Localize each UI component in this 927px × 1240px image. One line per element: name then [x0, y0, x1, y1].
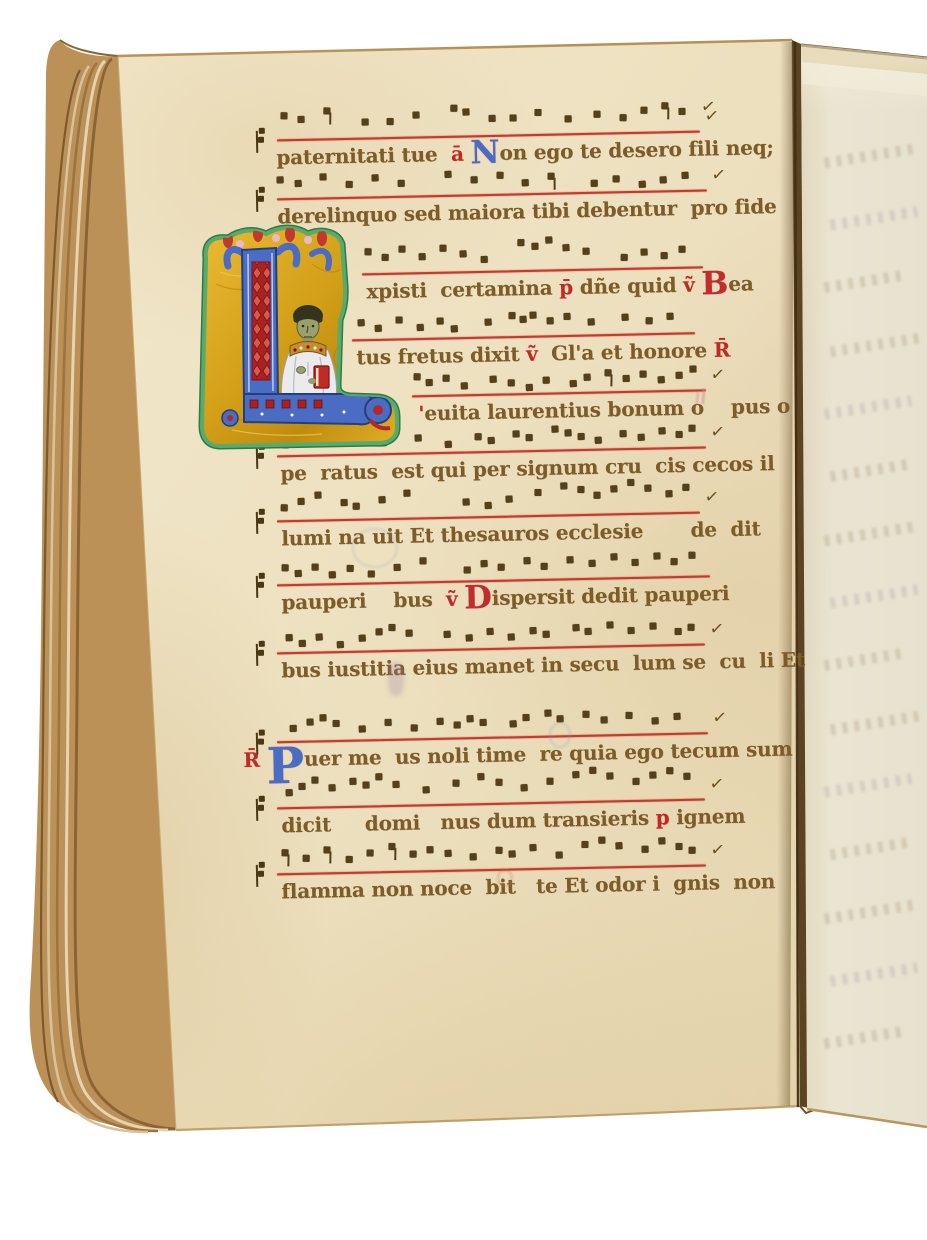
text-segment: ispersit dedit pauperi	[492, 581, 730, 610]
neume-square	[315, 491, 322, 498]
neume-square	[661, 252, 668, 259]
neume-square	[598, 837, 605, 844]
neume-square	[666, 767, 673, 774]
neume-square	[443, 375, 450, 382]
custos-check: ✓	[708, 773, 725, 795]
neume-square	[545, 236, 552, 243]
neume-square	[277, 176, 284, 183]
neume-square	[498, 564, 505, 571]
neume-square	[562, 244, 569, 251]
neume-square	[285, 634, 292, 641]
neume-square	[496, 847, 503, 854]
neume-square	[572, 624, 579, 631]
neume-square	[679, 108, 686, 115]
neume-square	[546, 778, 553, 785]
clef-mark	[253, 862, 270, 888]
text-segment: on ego te desero fili neq;	[499, 135, 774, 165]
neume-square	[450, 105, 457, 112]
rubric-segment: ā	[451, 141, 471, 165]
neume-square	[405, 630, 412, 637]
neume-square	[414, 434, 421, 441]
neume-square	[505, 495, 512, 502]
neume-square	[610, 553, 617, 560]
neume-square	[688, 552, 695, 559]
text-segment: euita laurentius bonum o pus o	[424, 394, 790, 426]
chant-system-12: ✓flamma non noce bit te Et odor i gnis n…	[251, 864, 747, 910]
neume-square	[564, 429, 571, 436]
neume-square	[410, 851, 417, 858]
neume-square	[525, 384, 532, 391]
neume-square	[529, 312, 536, 319]
neume-square	[346, 565, 353, 572]
neume-square	[557, 715, 564, 722]
neume-square	[509, 312, 516, 319]
neume-square	[518, 239, 525, 246]
neume-square	[425, 379, 432, 386]
neume-square	[385, 719, 392, 726]
neume-square	[378, 496, 385, 503]
custos-check: ✓	[709, 421, 726, 443]
neume-square	[526, 434, 533, 441]
neume-square	[678, 246, 685, 253]
neume-square	[333, 720, 340, 727]
chant-text-line: flamma non noce bit te Et odor i gnis no…	[281, 869, 775, 903]
neume-square	[653, 552, 660, 559]
neume-square	[368, 570, 375, 577]
neume-square	[320, 173, 327, 180]
neume-square	[329, 571, 336, 578]
neume-square	[622, 375, 629, 382]
neume-square	[535, 489, 542, 496]
rubric-segment: R̄	[243, 748, 267, 772]
neume-square	[675, 628, 682, 635]
neume-square	[281, 564, 288, 571]
neume-square	[628, 479, 635, 486]
neume-square	[412, 111, 419, 118]
neume-square	[522, 179, 529, 186]
neume-square	[480, 560, 487, 567]
neume-square	[604, 369, 611, 376]
neume-square	[622, 314, 629, 321]
neume-square	[646, 317, 653, 324]
neume-square	[640, 107, 647, 114]
neume-square	[470, 853, 477, 860]
neume-square	[673, 713, 680, 720]
neume-square	[589, 560, 596, 567]
neume-square	[551, 425, 558, 432]
neume-square	[294, 570, 301, 577]
neume-square	[509, 114, 516, 121]
custos-check: ✓	[710, 364, 727, 386]
neume-square	[583, 711, 590, 718]
neume-square	[564, 115, 571, 122]
neume-square	[689, 425, 696, 432]
neume-square	[439, 245, 446, 252]
neume-square	[508, 633, 515, 640]
neume-square	[337, 641, 344, 648]
neume-square	[659, 176, 666, 183]
neume-square	[413, 373, 420, 380]
chant-system-8: pauperi bus ṽ Dispersit dedit pauperi	[251, 575, 751, 621]
neume-square	[683, 773, 690, 780]
neume-square	[649, 771, 656, 778]
neume-square	[594, 111, 601, 118]
neume-square	[611, 485, 618, 492]
neume-square	[298, 116, 305, 123]
rubric-segment: p̄	[559, 275, 580, 299]
text-segment: pauperi bus	[281, 587, 446, 614]
neume-square	[564, 313, 571, 320]
chant-system-9: ✓bus iustitia eius manet in secu lum se …	[251, 643, 746, 689]
neume-square	[513, 430, 520, 437]
neume-square	[495, 779, 502, 786]
neume-square	[615, 842, 622, 849]
text-segment: paternitati tue	[276, 142, 451, 170]
neume-square	[452, 780, 459, 787]
neume-square	[556, 851, 563, 858]
neume-square	[645, 485, 652, 492]
text-segment: lumi na uit Et thesauros ecclesie de dit	[281, 516, 761, 550]
neume-square	[548, 173, 555, 180]
neume-square	[600, 716, 607, 723]
neume-square	[340, 499, 347, 506]
text-segment: ea	[728, 271, 754, 296]
chant-system-7: ✓lumi na uit Et thesauros ecclesie de di…	[251, 511, 741, 557]
neume-square	[524, 557, 531, 564]
neume-square	[541, 563, 548, 570]
neume-square	[298, 783, 305, 790]
neume-square	[588, 318, 595, 325]
neume-square	[661, 102, 668, 109]
chant-text-line: xpisti certamina p̄ dñe quid ṽ Bea	[366, 271, 754, 303]
neume-square	[594, 492, 601, 499]
neume-square	[486, 628, 493, 635]
neume-square	[461, 382, 468, 389]
chant-text-line: dicit domi nus dum transieris p ignem	[281, 804, 745, 838]
rubric-segment: ṽ	[683, 272, 702, 296]
neume-square	[463, 566, 470, 573]
neume-square	[690, 365, 697, 372]
text-segment: Gl'a et honore	[551, 338, 714, 365]
neume-square	[375, 628, 382, 635]
neume-square	[281, 849, 288, 856]
neume-square	[479, 719, 486, 726]
neume-square	[387, 118, 394, 125]
rubric-segment: ṽ	[526, 341, 551, 366]
neume-square	[626, 712, 633, 719]
neume-square	[591, 180, 598, 187]
neume-square	[323, 107, 330, 114]
neume-square	[676, 843, 683, 850]
neume-square	[485, 318, 492, 325]
neume-square	[632, 559, 639, 566]
neume-square	[281, 112, 288, 119]
neume-square	[420, 557, 427, 564]
neume-square	[585, 628, 592, 635]
neume-square	[298, 640, 305, 647]
chant-text-line: pauperi bus ṽ Dispersit dedit pauperi	[281, 581, 729, 614]
neume-square	[290, 725, 297, 732]
neume-square	[589, 767, 596, 774]
neume-square	[346, 181, 353, 188]
clef-mark	[253, 128, 270, 154]
neume-square	[367, 849, 374, 856]
neume-square	[542, 631, 549, 638]
neume-square	[632, 778, 639, 785]
chant-text-line: pe ratus est qui per signum cru cis ceco…	[280, 451, 775, 485]
neume-square	[484, 502, 491, 509]
neume-square	[628, 627, 635, 634]
neume-square	[658, 837, 665, 844]
neume-square	[303, 855, 310, 862]
neume-square	[315, 633, 322, 640]
rubric-segment: p	[655, 805, 676, 829]
neume-square	[546, 317, 553, 324]
neume-square	[529, 627, 536, 634]
chant-text-line: paternitati tue ā Non ego te desero fili…	[276, 135, 774, 169]
neume-square	[519, 316, 526, 323]
neume-square	[328, 784, 335, 791]
neume-square	[594, 437, 601, 444]
neume-square	[388, 624, 395, 631]
neume-square	[666, 490, 673, 497]
initial-capital: B	[701, 264, 729, 303]
neume-square	[637, 434, 644, 441]
neume-square	[490, 376, 497, 383]
neume-square	[359, 725, 366, 732]
neume-square	[298, 498, 305, 505]
neume-square	[640, 371, 647, 378]
neume-square	[411, 724, 418, 731]
neume-square	[649, 622, 656, 629]
neume-square	[353, 503, 360, 510]
neume-square	[620, 430, 627, 437]
manuscript-photograph: { "meta": { "description": "Photograph o…	[0, 0, 927, 1240]
neume-square	[657, 376, 664, 383]
neume-square	[281, 504, 288, 511]
neume-square	[474, 433, 481, 440]
initial-capital: D	[464, 578, 492, 617]
neume-square	[450, 325, 457, 332]
chant-system-1: ✓paternitati tue ā Non ego te desero fil…	[251, 130, 741, 176]
neume-square	[612, 175, 619, 182]
neume-square	[510, 720, 517, 727]
rubric-segment: ṽ	[446, 587, 465, 611]
neume-square	[638, 181, 645, 188]
neume-square	[480, 256, 487, 263]
neume-square	[371, 174, 378, 181]
clef-mark	[253, 509, 270, 535]
neume-square	[581, 841, 588, 848]
neume-square	[463, 498, 470, 505]
neume-square	[478, 773, 485, 780]
neume-square	[311, 777, 318, 784]
neume-square	[543, 377, 550, 384]
neume-square	[444, 441, 451, 448]
neume-square	[577, 433, 584, 440]
neume-square	[676, 431, 683, 438]
neume-square	[535, 109, 542, 116]
custos-check: ✓	[708, 618, 725, 640]
chant-text-line: tus fretus dixit ṽ Gl'a et honore R̄	[356, 338, 730, 370]
neume-square	[658, 427, 665, 434]
chant-systems: ✓paternitati tue ā Non ego te desero fil…	[0, 0, 927, 1240]
neume-square	[567, 556, 574, 563]
neume-square	[454, 721, 461, 728]
neume-square	[427, 846, 434, 853]
neume-square	[522, 714, 529, 721]
neume-square	[463, 108, 470, 115]
neume-square	[620, 254, 627, 261]
neume-square	[346, 856, 353, 863]
neume-square	[569, 380, 576, 387]
neume-square	[531, 243, 538, 250]
neume-square	[487, 437, 494, 444]
neume-square	[285, 789, 292, 796]
neume-square	[606, 772, 613, 779]
neume-square	[560, 482, 567, 489]
neume-square	[361, 119, 368, 126]
custos-check: ✓	[703, 487, 720, 509]
neume-square	[572, 771, 579, 778]
rubric-segment: R̄	[713, 338, 730, 362]
neume-square	[388, 843, 395, 850]
neume-square	[375, 773, 382, 780]
initial-capital: N	[470, 133, 500, 172]
neume-square	[488, 115, 495, 122]
text-segment: dñe quid	[579, 273, 683, 299]
neume-square	[466, 715, 473, 722]
neume-square	[312, 564, 319, 571]
neume-square	[544, 709, 551, 716]
initial-letter-stem	[242, 248, 278, 398]
neume-square	[324, 846, 331, 853]
neume-square	[444, 631, 451, 638]
neume-square	[521, 784, 528, 791]
chant-text-line: 'euita laurentius bonum o pus o	[418, 394, 790, 426]
neume-square	[683, 484, 690, 491]
neume-square	[362, 782, 369, 789]
neume-square	[640, 248, 647, 255]
neume-square	[465, 634, 472, 641]
neume-square	[675, 372, 682, 379]
text-segment: dicit domi nus dum transieris	[281, 806, 656, 838]
neume-square	[606, 621, 613, 628]
neume-square	[392, 781, 399, 788]
neume-square	[681, 172, 688, 179]
clef-mark	[253, 573, 270, 599]
neume-square	[496, 172, 503, 179]
neume-square	[436, 718, 443, 725]
neume-square	[358, 634, 365, 641]
text-segment: uer me us noli time re quia ego tecum su…	[304, 736, 793, 770]
neume-square	[688, 624, 695, 631]
neume-square	[394, 564, 401, 571]
neume-square	[584, 374, 591, 381]
neume-square	[652, 717, 659, 724]
neume-square	[577, 486, 584, 493]
neume-square	[508, 379, 515, 386]
neume-square	[349, 778, 356, 785]
chant-text-line: lumi na uit Et thesauros ecclesie de dit	[281, 516, 761, 550]
neume-square	[641, 846, 648, 853]
neume-square	[307, 718, 314, 725]
neume-square	[530, 844, 537, 851]
neume-square	[470, 176, 477, 183]
neume-square	[419, 253, 426, 260]
neume-square	[416, 324, 423, 331]
blessing-hand	[297, 367, 306, 374]
neume-square	[619, 114, 626, 121]
clef-mark	[253, 641, 270, 667]
neume-square	[671, 558, 678, 565]
text-segment: flamma non noce bit te Et odor i gnis no…	[281, 869, 775, 903]
custos-check: ✓	[711, 707, 728, 729]
custos-check: ✓	[709, 839, 726, 861]
text-segment: ignem	[676, 804, 746, 829]
text-segment: pe ratus est qui per signum cru cis ceco…	[280, 451, 775, 485]
neume-square	[460, 250, 467, 257]
neume-square	[397, 180, 404, 187]
neume-square	[444, 850, 451, 857]
custos-check: ✓	[700, 96, 717, 118]
neume-square	[689, 847, 696, 854]
neume-square	[666, 313, 673, 320]
neume-square	[404, 490, 411, 497]
chant-system-11: ✓dicit domi nus dum transieris p ignem	[251, 798, 746, 844]
neume-square	[437, 318, 444, 325]
neume-square	[508, 850, 515, 857]
neume-square	[422, 786, 429, 793]
custos-check: ✓	[710, 164, 727, 186]
clef-mark	[253, 187, 270, 213]
neume-square	[320, 714, 327, 721]
neume-square	[444, 171, 451, 178]
neume-square	[294, 180, 301, 187]
illuminated-initial-L	[192, 224, 404, 456]
neume-square	[583, 248, 590, 255]
clef-mark	[253, 796, 270, 822]
